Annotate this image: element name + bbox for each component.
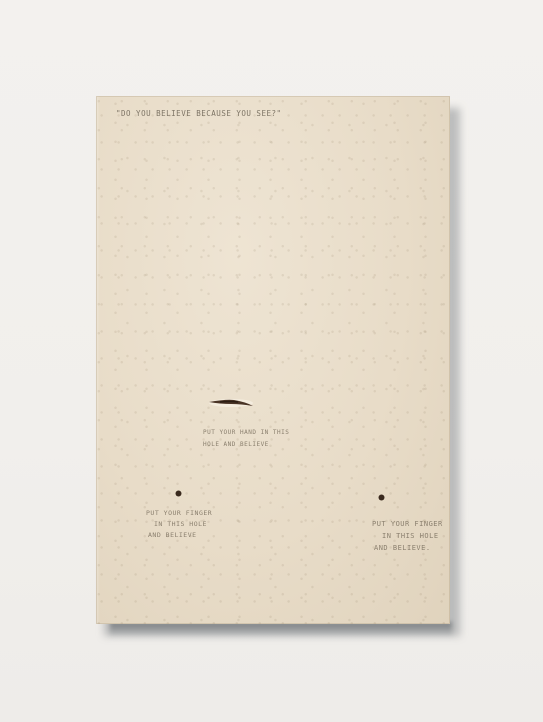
- left-hole-inscription: Put your finger in this hole and believe: [146, 508, 212, 541]
- right-hole-inscription: Put your finger in this hole and believe…: [372, 518, 443, 554]
- canvas-bottom-shadow: [110, 622, 452, 636]
- left-line-2: in this hole: [146, 519, 212, 530]
- right-line-3: and believe.: [372, 542, 443, 554]
- wound-line-2: hole and believe: [203, 439, 289, 451]
- right-line-1: Put your finger: [372, 518, 443, 530]
- wound-line-1: Put your hand in this: [203, 427, 289, 439]
- wound-slit-icon: [206, 396, 256, 410]
- canvas-artwork: "Do you believe because you see?" Put yo…: [96, 96, 450, 624]
- wound-inscription: Put your hand in this hole and believe: [203, 427, 289, 451]
- left-hole-icon: [175, 490, 182, 497]
- left-line-1: Put your finger: [146, 508, 212, 519]
- title-inscription: "Do you believe because you see?": [116, 109, 282, 118]
- right-hole-icon: [378, 494, 385, 501]
- right-line-2: in this hole: [372, 530, 443, 542]
- left-line-3: and believe: [146, 530, 212, 541]
